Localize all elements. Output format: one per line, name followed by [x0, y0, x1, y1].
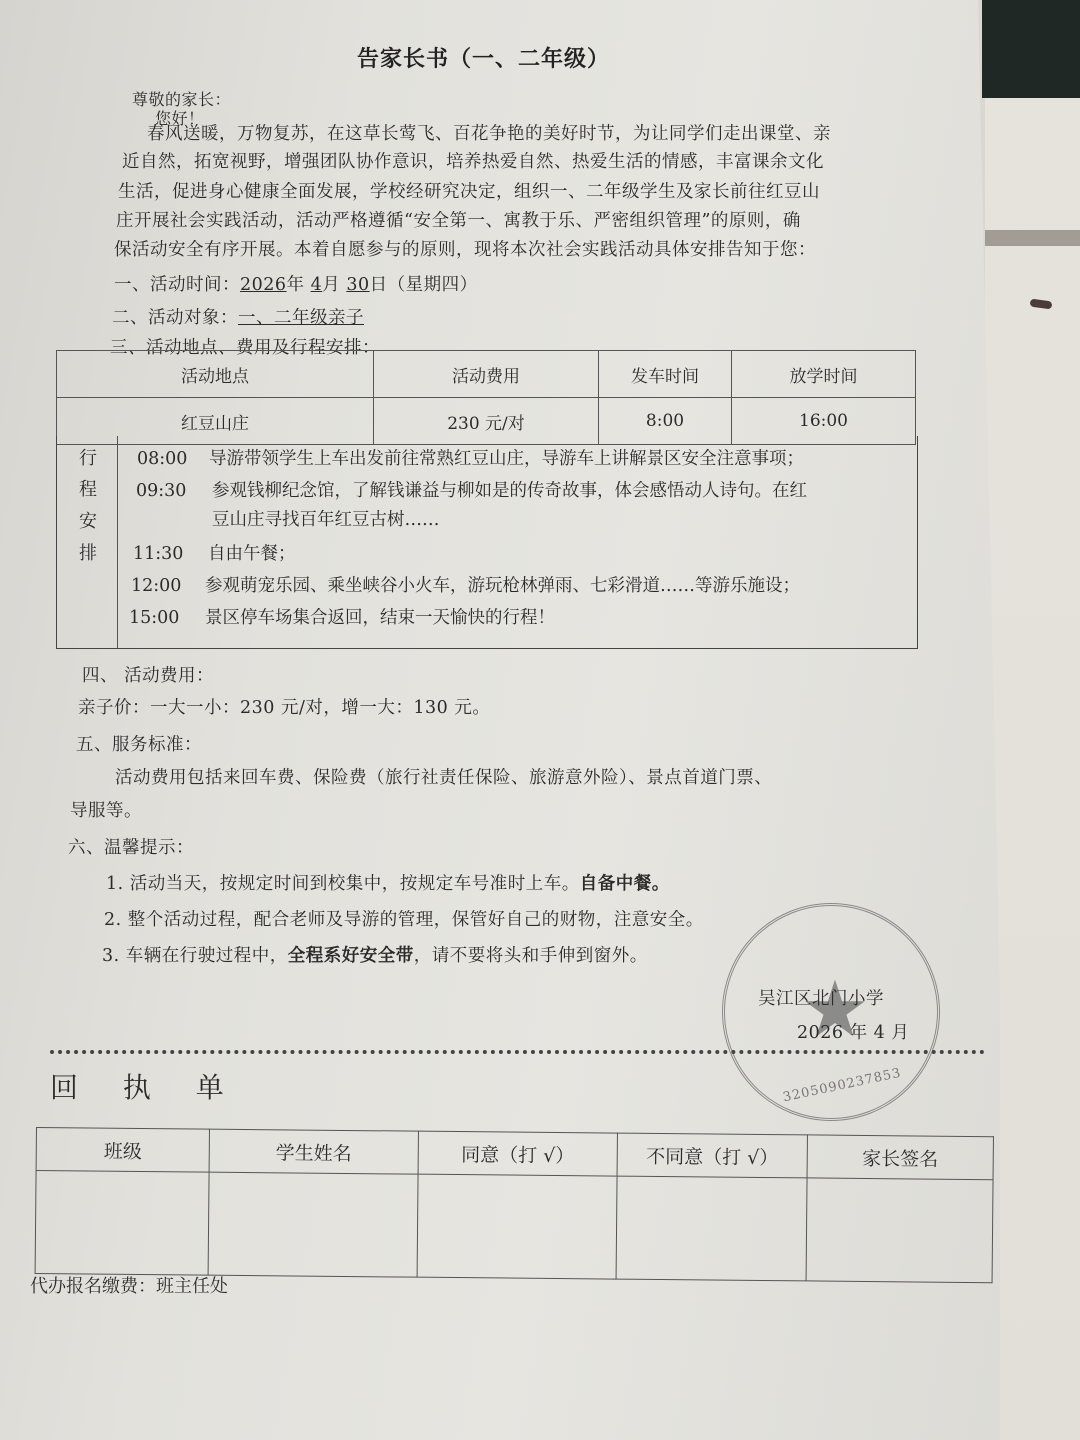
signature-school: 吴江区北门小学	[758, 985, 884, 1010]
year-unit: 年	[287, 275, 305, 295]
itinerary-text: 参观萌宠乐园、乘坐峡谷小火车，游玩枪林弹雨、七彩滑道……等游乐施设；	[205, 576, 800, 596]
section-4-text: 亲子价：一大一小：230 元/对，增一大：130 元。	[78, 694, 490, 719]
itinerary-item-continued: 豆山庄寻找百年红豆古树……	[212, 506, 440, 531]
section-activity-time: 一、活动时间：2026年 4月 30日（星期四）	[114, 271, 478, 296]
section-5-line-2: 导服等。	[70, 797, 142, 822]
itinerary-time: 15:00	[129, 608, 205, 628]
cell-disagree[interactable]	[616, 1176, 807, 1281]
section-5-label: 五、服务标准：	[76, 731, 202, 756]
cell-class[interactable]	[35, 1171, 209, 1276]
itinerary-text: 景区停车场集合返回，结束一天愉快的行程！	[205, 608, 555, 628]
receipt-footer: 代办报名缴费：班主任处	[30, 1272, 228, 1298]
activity-month: 4	[311, 275, 323, 295]
itinerary-label-char: 行	[79, 444, 97, 470]
itinerary-label-char: 程	[79, 475, 97, 501]
header-parent-signature: 家长签名	[807, 1135, 993, 1180]
tip-1: 1. 活动当天，按规定时间到校集中，按规定车号准时上车。自备中餐。	[106, 870, 670, 895]
itinerary-text: 导游带领学生上车出发前往常熟红豆山庄，导游车上讲解景区安全注意事项；	[209, 449, 804, 469]
itinerary-text: 自由午餐；	[208, 544, 296, 564]
itinerary-time: 09:30	[136, 481, 212, 501]
month-unit: 月	[322, 275, 340, 295]
header-dismissal: 放学时间	[732, 351, 916, 398]
header-departure: 发车时间	[599, 351, 732, 398]
receipt-title: 回 执 单	[50, 1066, 242, 1106]
tip-text: 1. 活动当天，按规定时间到校集中，按规定车号准时上车。	[106, 874, 580, 894]
activity-target-value: 一、二年级亲子	[238, 308, 364, 328]
activity-year: 2026	[240, 275, 287, 295]
section-2-label: 二、活动对象：	[112, 308, 238, 328]
document-title: 告家长书（一、二年级）	[357, 42, 610, 73]
activity-day: 30	[346, 275, 369, 295]
itinerary-label-char: 排	[79, 539, 97, 565]
itinerary-label: 行 程 安 排	[57, 436, 118, 648]
itinerary-item: 15:00景区停车场集合返回，结束一天愉快的行程！	[129, 604, 555, 629]
tip-text: ，请不要将头和手伸到窗外。	[414, 946, 648, 966]
tip-bold-text: 全程系好安全带	[288, 946, 414, 966]
header-location: 活动地点	[57, 351, 374, 398]
paper-sheet: 告家长书（一、二年级） 尊敬的家长： 您好！ 春风送暖，万物复苏，在这草长莺飞、…	[0, 0, 1000, 1440]
section-1-label: 一、活动时间：	[114, 275, 240, 295]
tip-3: 3. 车辆在行驶过程中，全程系好安全带，请不要将头和手伸到窗外。	[102, 942, 648, 967]
itinerary-text: 参观钱柳纪念馆，了解钱谦益与柳如是的传奇故事，体会感悟动人诗句。在红	[212, 481, 807, 501]
itinerary-time: 11:30	[133, 544, 208, 564]
schedule-table: 活动地点 活动费用 发车时间 放学时间 红豆山庄 230 元/对 8:00 16…	[56, 350, 916, 445]
itinerary-label-char: 安	[79, 507, 97, 533]
receipt-entry-row	[35, 1171, 993, 1283]
section-6-label: 六、温馨提示：	[68, 834, 194, 859]
cell-student-name[interactable]	[208, 1172, 418, 1277]
header-disagree: 不同意（打 √）	[617, 1133, 807, 1178]
schedule-header-row: 活动地点 活动费用 发车时间 放学时间	[57, 351, 916, 398]
background-dark-area	[982, 0, 1080, 98]
itinerary-item: 11:30自由午餐；	[133, 540, 296, 565]
itinerary-time: 08:00	[137, 449, 209, 469]
itinerary-item: 08:00导游带领学生上车出发前往常熟红豆山庄，导游车上讲解景区安全注意事项；	[137, 445, 804, 470]
background-edge	[985, 230, 1080, 246]
itinerary-item: 09:30参观钱柳纪念馆，了解钱谦益与柳如是的传奇故事，体会感悟动人诗句。在红	[136, 477, 807, 502]
header-fee: 活动费用	[374, 351, 599, 398]
itinerary-item: 12:00参观萌宠乐园、乘坐峡谷小火车，游玩枪林弹雨、七彩滑道……等游乐施设；	[131, 572, 800, 597]
cut-line-divider	[50, 1050, 985, 1054]
intro-line-4: 庄开展社会实践活动，活动严格遵循“安全第一、寓教于乐、严密组织管理”的原则，确	[116, 207, 801, 232]
intro-line-2: 近自然，拓宽视野，增强团队协作意识，培养热爱自然、热爱生活的情感，丰富课余文化	[122, 148, 824, 173]
day-unit: 日（星期四）	[370, 275, 478, 295]
intro-line-1: 春风送暖，万物复苏，在这草长莺飞、百花争艳的美好时节，为让同学们走出课堂、亲	[147, 120, 831, 145]
section-4-label: 四、 活动费用：	[82, 662, 214, 687]
tip-text: 3. 车辆在行驶过程中，	[102, 946, 288, 966]
section-activity-target: 二、活动对象：一、二年级亲子	[112, 304, 364, 329]
header-class: 班级	[36, 1128, 209, 1173]
header-agree: 同意（打 √）	[418, 1131, 617, 1176]
itinerary-box: 行 程 安 排 08:00导游带领学生上车出发前往常熟红豆山庄，导游车上讲解景区…	[56, 436, 918, 649]
tip-2: 2. 整个活动过程，配合老师及导游的管理，保管好自己的财物，注意安全。	[104, 906, 704, 931]
tip-bold-text: 自备中餐。	[580, 874, 670, 894]
itinerary-time: 12:00	[131, 576, 205, 596]
cell-agree[interactable]	[417, 1174, 617, 1279]
signature-date: 2026 年 4 月	[797, 1019, 909, 1044]
receipt-table: 班级 学生姓名 同意（打 √） 不同意（打 √） 家长签名	[35, 1127, 994, 1283]
intro-line-5: 保活动安全有序开展。本着自愿参与的原则，现将本次社会实践活动具体安排告知于您：	[114, 236, 816, 261]
header-student-name: 学生姓名	[209, 1129, 418, 1174]
section-5-line-1: 活动费用包括来回车费、保险费（旅行社责任保险、旅游意外险）、景点首道门票、	[115, 764, 772, 789]
intro-line-3: 生活，促进身心健康全面发展，学校经研究决定，组织一、二年级学生及家长前往红豆山	[118, 178, 820, 203]
cell-parent-signature[interactable]	[806, 1178, 993, 1283]
tip-text: 2. 整个活动过程，配合老师及导游的管理，保管好自己的财物，注意安全。	[104, 910, 704, 930]
